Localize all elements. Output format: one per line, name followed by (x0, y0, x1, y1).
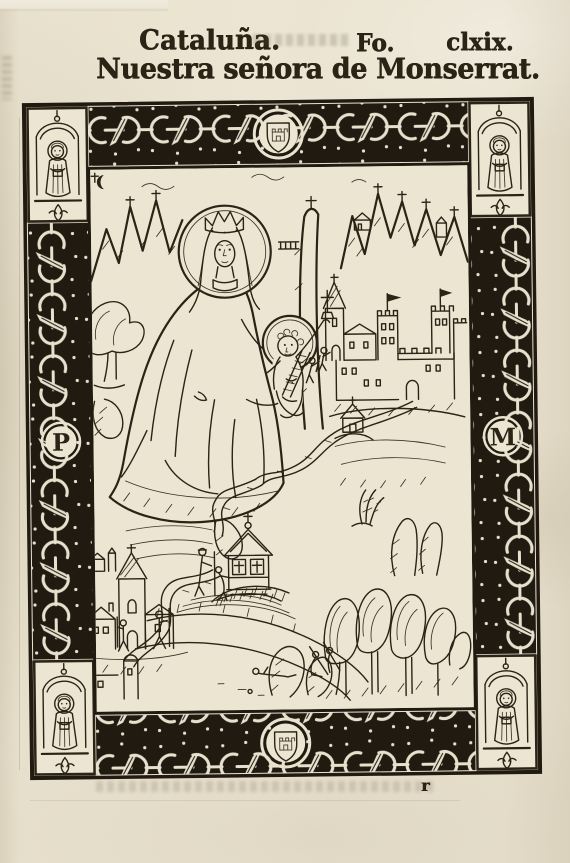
impression-line (30, 800, 460, 801)
woodcut-engraving: P M (21, 96, 543, 781)
book-page: Cataluña. Fo. clxix. Nuestra señora de M… (0, 0, 570, 863)
corner-saint-bottom-right (476, 655, 536, 769)
verso-show-through (96, 781, 436, 792)
woodcut-caption: Nuestra señora de Monserrat. (96, 52, 540, 85)
margin-show-through (2, 56, 12, 100)
top-shield-medallion (254, 110, 303, 159)
left-monogram-letter: P (52, 428, 70, 457)
corner-saint-top-right (469, 102, 529, 216)
woodcut-svg: P M (21, 96, 543, 781)
left-monogram-medallion: P (42, 422, 80, 460)
right-monogram-medallion: M (484, 417, 522, 455)
corner-saint-bottom-left (34, 661, 94, 775)
woodcut-scene (80, 165, 475, 713)
page-edge-top (0, 0, 168, 11)
bottom-shield-medallion (261, 719, 310, 768)
corner-saint-top-left (27, 108, 87, 222)
halo (178, 205, 271, 298)
right-monogram-letter: M (490, 422, 517, 451)
gathering-signature-mark: r (421, 776, 429, 795)
page-fold-line (19, 118, 20, 770)
